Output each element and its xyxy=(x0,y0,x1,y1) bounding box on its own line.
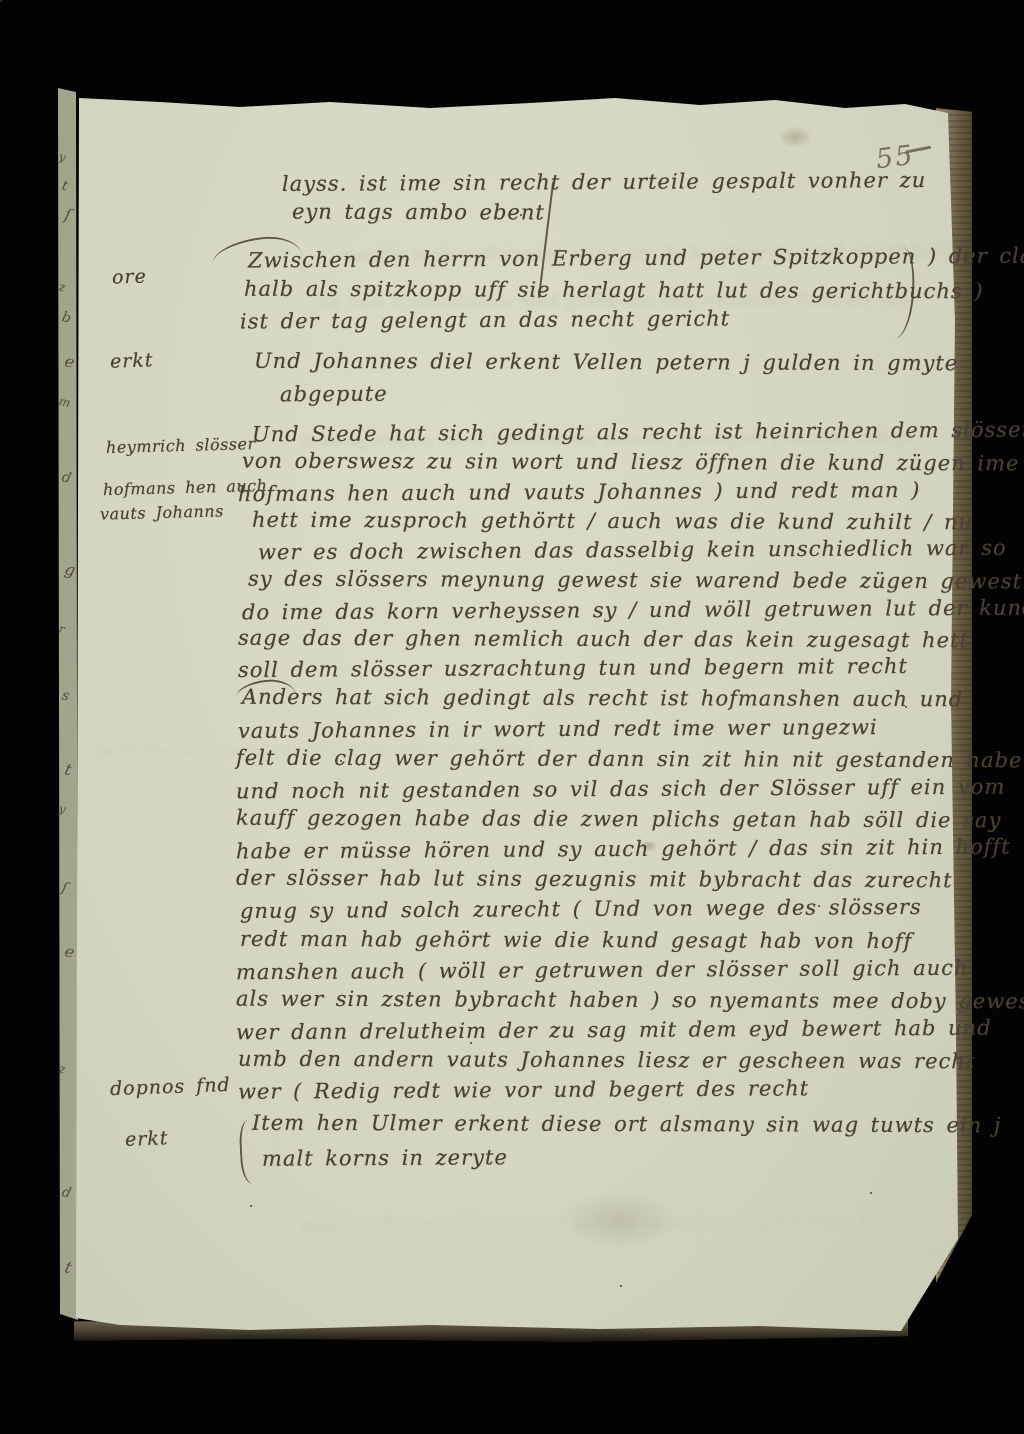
text-line: soll dem slösser uszrachtung tun und beg… xyxy=(238,654,908,682)
text-line: abgepute xyxy=(280,382,388,407)
text-line: Und Johannes diel erkent Vellen petern j… xyxy=(254,349,958,375)
text-line: der slösser hab lut sins gezugnis mit by… xyxy=(236,866,953,893)
scanned-manuscript: Und Stede hat sich gedingt als recht ist… xyxy=(0,0,1024,1434)
ink-specks xyxy=(0,0,2,2)
text-line: Item hen Ulmer erkent diese ort alsmany … xyxy=(252,1111,1001,1138)
text-line: wer dann drelutheim der zu sag mit dem e… xyxy=(236,1016,992,1045)
text-line: sage das der ghen nemlich auch der das k… xyxy=(238,626,969,653)
text-line: layss. ist ime sin recht der urteile ges… xyxy=(282,168,926,196)
text-line: Und Stede hat sich gedingt als recht ist… xyxy=(252,418,1024,447)
text-line: halb als spitzkopp uff sie herlagt hatt … xyxy=(244,277,984,304)
text-line: vauts Johannes in ir wort und redt ime w… xyxy=(238,715,878,743)
text-line: eyn tags ambo ebent xyxy=(292,200,545,225)
text-line: hofmans hen auch und vauts Johannes ) un… xyxy=(238,478,921,506)
margin-note-erkent: erkt xyxy=(125,1127,169,1151)
text-line: von oberswesz zu sin wort und liesz öffn… xyxy=(242,449,1020,476)
margin-party-name: heymrich slösser xyxy=(106,434,256,457)
text-line: umb den andern vauts Johannes liesz er g… xyxy=(238,1047,975,1074)
text-line: und noch nit gestanden so vil das sich d… xyxy=(236,775,1005,804)
margin-party-name: vauts Johanns xyxy=(100,501,224,523)
text-line: habe er müsse hören und sy auch gehört /… xyxy=(236,835,1011,864)
text-line: als wer sin zsten bybracht haben ) so ny… xyxy=(236,987,1024,1014)
text-line: wer es doch zwischen das dasselbig kein … xyxy=(258,536,1007,565)
text-line: Anders hat sich gedingt als recht ist ho… xyxy=(242,685,963,712)
text-line: ist der tag gelengt an das necht gericht xyxy=(240,307,730,334)
text-line: do ime das korn verheyssen sy / und wöll… xyxy=(242,596,1024,625)
text-line: malt korns in zeryte xyxy=(262,1145,508,1171)
text-line: sy des slössers meynung gewest sie waren… xyxy=(248,567,1022,594)
text-line: hett ime zusproch gethörtt / auch was di… xyxy=(252,508,973,535)
text-line: kauff gezogen habe das die zwen plichs g… xyxy=(236,806,1001,833)
margin-note-top: ore xyxy=(112,265,148,288)
text-line: gnug sy und solch zurecht ( Und von wege… xyxy=(240,895,922,923)
margin-note-bottom: dopnos fnd xyxy=(110,1074,231,1100)
text-line: redt man hab gehört wie die kund gesagt … xyxy=(240,927,912,953)
text-line: felt die clag wer gehört der dann sin zi… xyxy=(236,746,1024,773)
text-line: wer ( Redig redt wie vor und begert des … xyxy=(238,1076,809,1103)
text-line: manshen auch ( wöll er getruwen der slös… xyxy=(236,956,969,984)
margin-note-erkent: erkt xyxy=(110,349,154,373)
text-line: Zwischen den herrn von Erberg und peter … xyxy=(248,244,1024,273)
